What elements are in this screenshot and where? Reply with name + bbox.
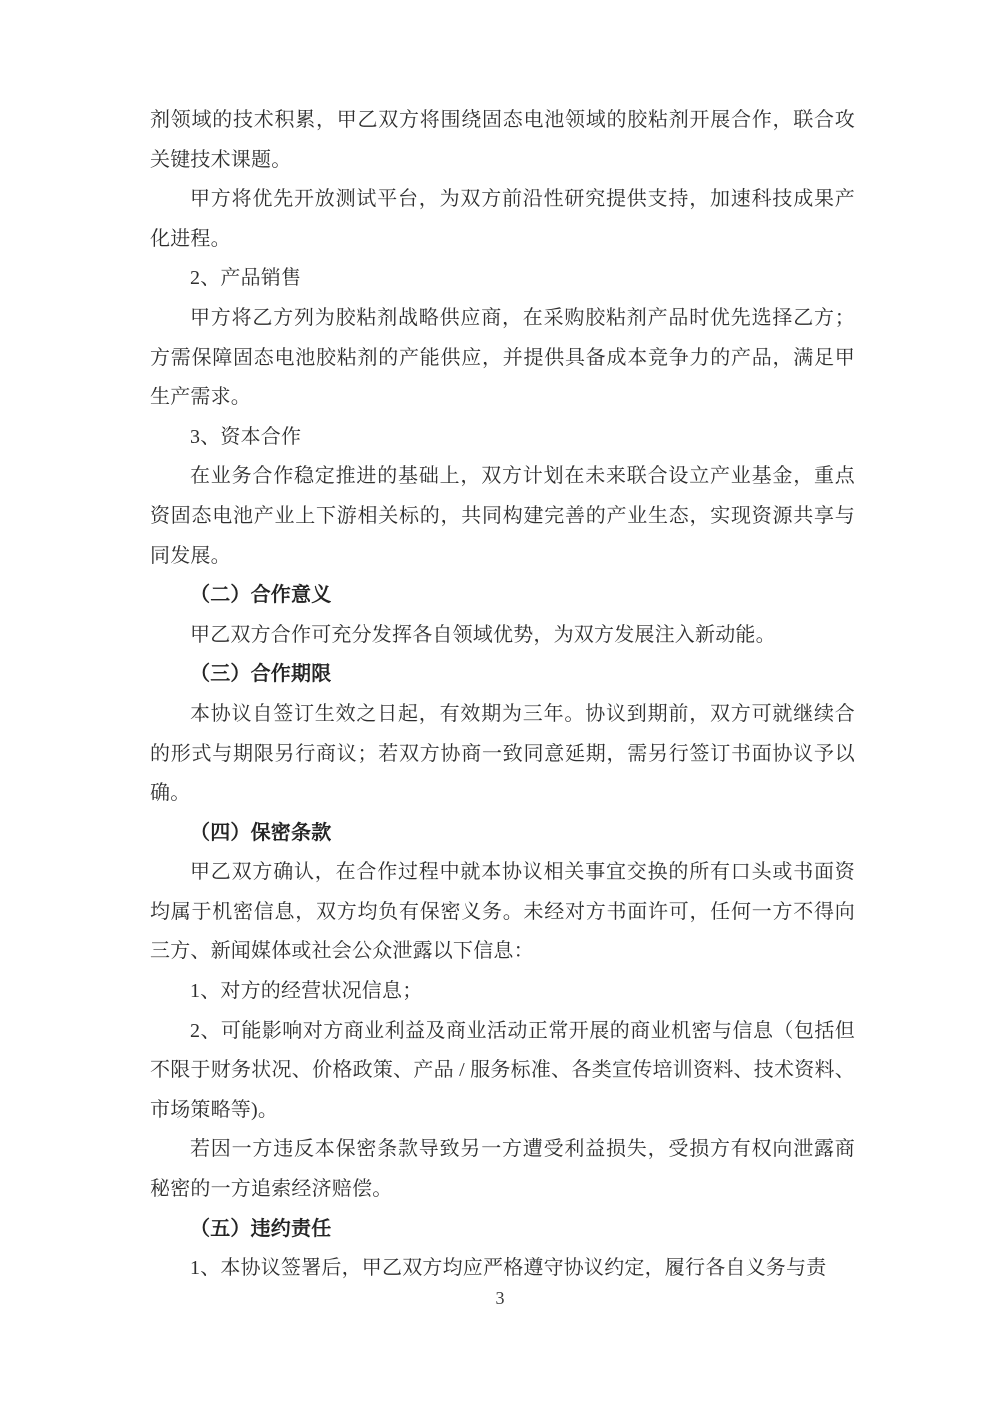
text-line: 甲方将乙方列为胶粘剂战略供应商，在采购胶粘剂产品时优先选择乙方；乙 <box>150 299 855 339</box>
text-line: 生产需求。 <box>150 378 855 418</box>
section-heading: （三）合作期限 <box>150 655 855 695</box>
text-line: 甲方将优先开放测试平台，为双方前沿性研究提供支持，加速科技成果产业 <box>150 180 855 220</box>
text-line: 剂领域的技术积累，甲乙双方将围绕固态电池领域的胶粘剂开展合作，联合攻关 <box>150 101 855 141</box>
text-line: 方需保障固态电池胶粘剂的产能供应，并提供具备成本竞争力的产品，满足甲方 <box>150 339 855 379</box>
text-line: 秘密的一方追索经济赔偿。 <box>150 1170 855 1210</box>
text-line: 确。 <box>150 774 855 814</box>
text-line: 关键技术课题。 <box>150 141 855 181</box>
text-line: 均属于机密信息，双方均负有保密义务。未经对方书面许可，任何一方不得向第 <box>150 893 855 933</box>
text-line: 3、资本合作 <box>150 418 855 458</box>
text-line: 的形式与期限另行商议；若双方协商一致同意延期，需另行签订书面协议予以明 <box>150 735 855 775</box>
page-number: 3 <box>0 1288 1000 1309</box>
text-line: 2、可能影响对方商业利益及商业活动正常开展的商业机密与信息（包括但 <box>150 1012 855 1052</box>
text-line: 化进程。 <box>150 220 855 260</box>
section-heading: （四）保密条款 <box>150 814 855 854</box>
document-page: 剂领域的技术积累，甲乙双方将围绕固态电池领域的胶粘剂开展合作，联合攻关关键技术课… <box>0 0 1000 1414</box>
text-line: 本协议自签订生效之日起，有效期为三年。协议到期前，双方可就继续合作 <box>150 695 855 735</box>
text-line: 2、产品销售 <box>150 259 855 299</box>
text-line: 在业务合作稳定推进的基础上，双方计划在未来联合设立产业基金，重点投 <box>150 457 855 497</box>
text-line: 甲乙双方合作可充分发挥各自领域优势，为双方发展注入新动能。 <box>150 616 855 656</box>
text-line: 市场策略等)。 <box>150 1091 855 1131</box>
text-line: 不限于财务状况、价格政策、产品 / 服务标准、各类宣传培训资料、技术资料、 <box>150 1051 855 1091</box>
text-line: 若因一方违反本保密条款导致另一方遭受利益损失，受损方有权向泄露商业 <box>150 1130 855 1170</box>
section-heading: （二）合作意义 <box>150 576 855 616</box>
text-line: 1、本协议签署后，甲乙双方均应严格遵守协议约定，履行各自义务与责任。 <box>150 1249 855 1289</box>
text-line: 资固态电池产业上下游相关标的，共同构建完善的产业生态，实现资源共享与协 <box>150 497 855 537</box>
text-line: 甲乙双方确认，在合作过程中就本协议相关事宜交换的所有口头或书面资料， <box>150 853 855 893</box>
section-heading: （五）违约责任 <box>150 1210 855 1250</box>
text-line: 同发展。 <box>150 537 855 577</box>
text-line: 三方、新闻媒体或社会公众泄露以下信息： <box>150 932 855 972</box>
text-line: 1、对方的经营状况信息； <box>150 972 855 1012</box>
document-lines: 剂领域的技术积累，甲乙双方将围绕固态电池领域的胶粘剂开展合作，联合攻关关键技术课… <box>150 101 855 1289</box>
